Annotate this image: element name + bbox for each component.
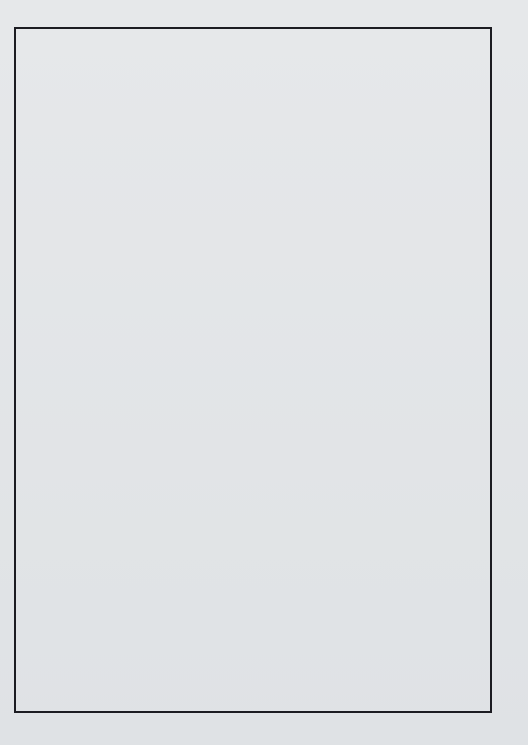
- scanned-page: [0, 0, 528, 745]
- notice-frame: [14, 27, 492, 713]
